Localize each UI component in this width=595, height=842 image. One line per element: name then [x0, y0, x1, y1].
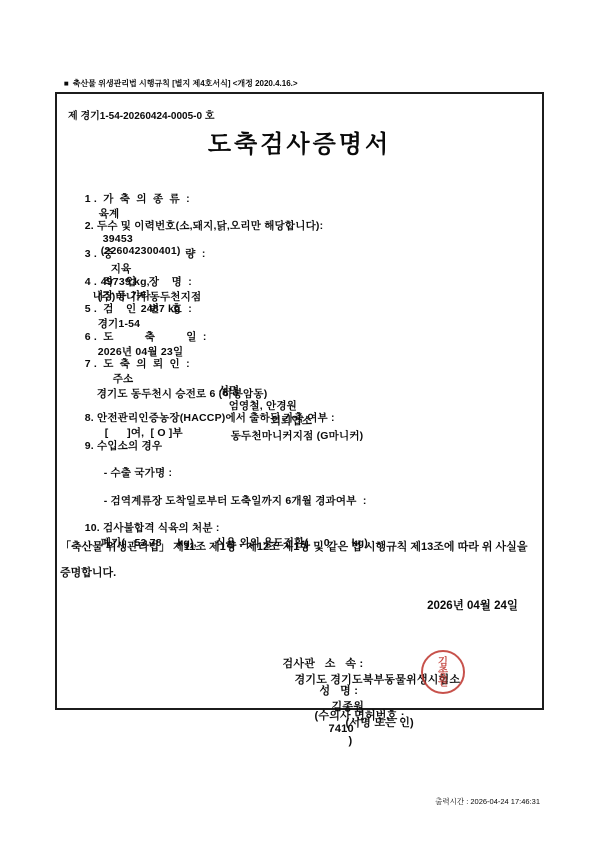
print-timestamp: 출력시간 : 2026-04-24 17:46:31	[435, 796, 540, 807]
field-label: 8. 안전관리인증농장(HACCP)에서 출하된 가축 여부 :	[85, 412, 335, 424]
seal-char: 원	[438, 677, 448, 687]
field-label: 10. 검사불합격 식육의 처분 :	[85, 522, 220, 534]
field-label: 9. 수입소의 경우	[85, 440, 162, 452]
name-seal-stamp-icon: 김 종 원	[421, 650, 465, 694]
sub-field-label: - 검역계류장 도착일로부터 도축일까지 6개월 경과여부 :	[104, 495, 367, 507]
license-label: (수의사 면허번호 :	[315, 710, 405, 722]
square-bullet-icon: ■	[64, 79, 69, 88]
field-label: 7 . 도 축 의 뢰 인 :	[85, 358, 190, 370]
legal-statement: 「축산물 위생관리법」 제11조 제1항 · 제12조 제1항 및 같은 법 시…	[60, 534, 541, 586]
field-label: 2. 두수 및 이력번호(소,돼지,닭,오리만 해당합니다):	[85, 220, 324, 232]
form-reference-text: 축산물 위생관리법 시행규칙 [별지 제4호서식] <개정 2020.4.16.…	[73, 79, 298, 88]
field-label: 6 . 도 축 일 :	[85, 331, 207, 343]
certificate-border-box: 제 경기1-54-20260424-0005-0 호 도축검사증명서 1 . 가…	[55, 92, 544, 710]
address-label: 주소	[113, 373, 134, 385]
field-label: 1 . 가 축 의 종 류 :	[85, 193, 190, 205]
page-title: 도축검사증명서	[57, 124, 542, 159]
sub-field-label: - 수출 국가명 :	[104, 467, 172, 479]
document-number: 제 경기1-54-20260424-0005-0 호	[68, 107, 215, 122]
field-label: 3 . 중 량 :	[85, 248, 206, 260]
certificate-page: ■축산물 위생관리법 시행규칙 [별지 제4호서식] <개정 2020.4.16…	[0, 0, 595, 842]
license-close-paren: )	[349, 735, 353, 747]
veterinarian-license-row: (수의사 면허번호 : 7410 )	[295, 695, 405, 759]
issue-date: 2026년 04월 24일	[427, 597, 518, 613]
field-label: 4 . 작 업 장 명 :	[85, 276, 192, 288]
inspector-affiliation-label: 검사관 소 속 :	[283, 658, 364, 670]
license-number-value: 7410	[329, 723, 354, 735]
name-label: 성명	[219, 385, 240, 397]
field-label: 5 . 검 인 번 호 :	[85, 303, 192, 315]
